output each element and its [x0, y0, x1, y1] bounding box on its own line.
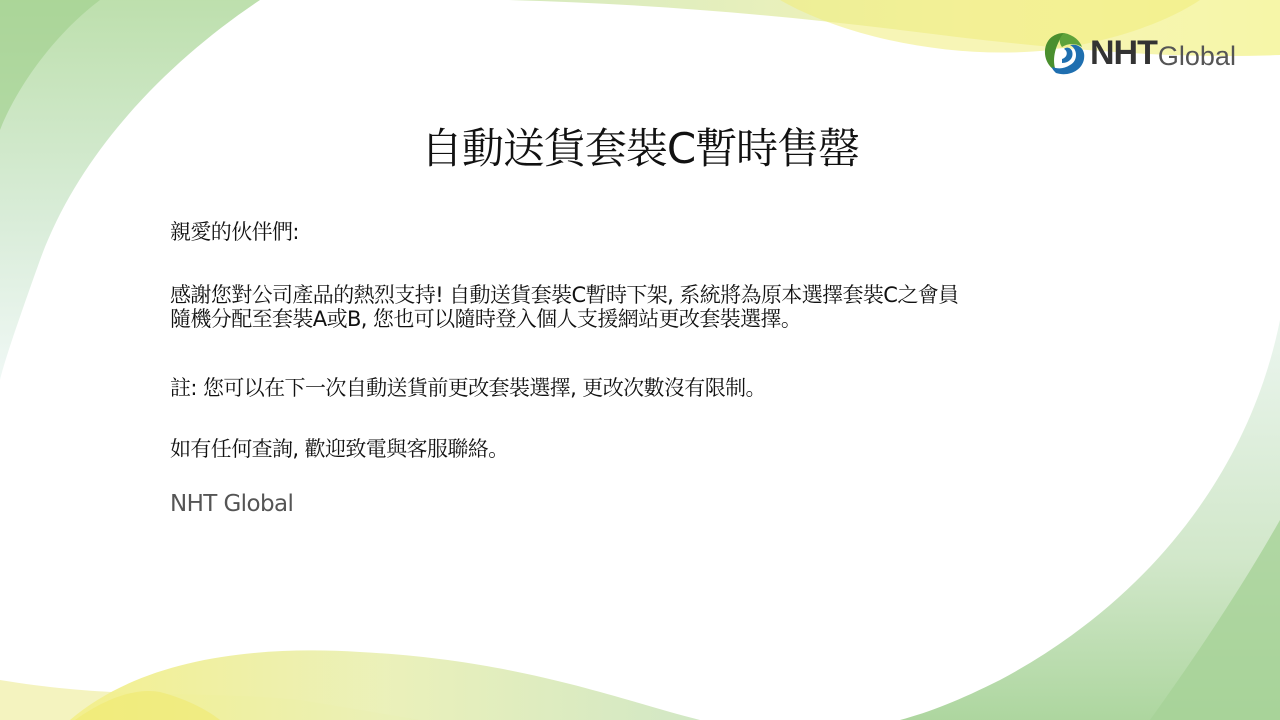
paragraph-line: 感謝您對公司產品的熱烈支持! 自動送貨套裝C暫時下架, 系統將為原本選擇套裝C之…: [170, 283, 959, 307]
decorative-background: [0, 0, 1280, 720]
signature-text: NHT Global: [170, 492, 293, 516]
logo-brand-light: Global: [1158, 41, 1236, 72]
paragraph-line: 隨機分配至套裝A或B, 您也可以隨時登入個人支援網站更改套裝選擇。: [170, 307, 959, 331]
leaf-wave-logo-icon: [1040, 29, 1088, 77]
nht-global-logo: NHT Global: [1040, 28, 1236, 78]
logo-brand-bold: NHT: [1090, 34, 1157, 73]
greeting-text: 親愛的伙伴們:: [170, 220, 299, 244]
main-paragraph: 感謝您對公司產品的熱烈支持! 自動送貨套裝C暫時下架, 系統將為原本選擇套裝C之…: [170, 283, 959, 331]
slide-title: 自動送貨套裝C暫時售罄: [0, 116, 1280, 176]
contact-text: 如有任何查詢, 歡迎致電與客服聯絡。: [170, 437, 509, 461]
note-text: 註: 您可以在下一次自動送貨前更改套裝選擇, 更改次數沒有限制。: [170, 376, 766, 400]
